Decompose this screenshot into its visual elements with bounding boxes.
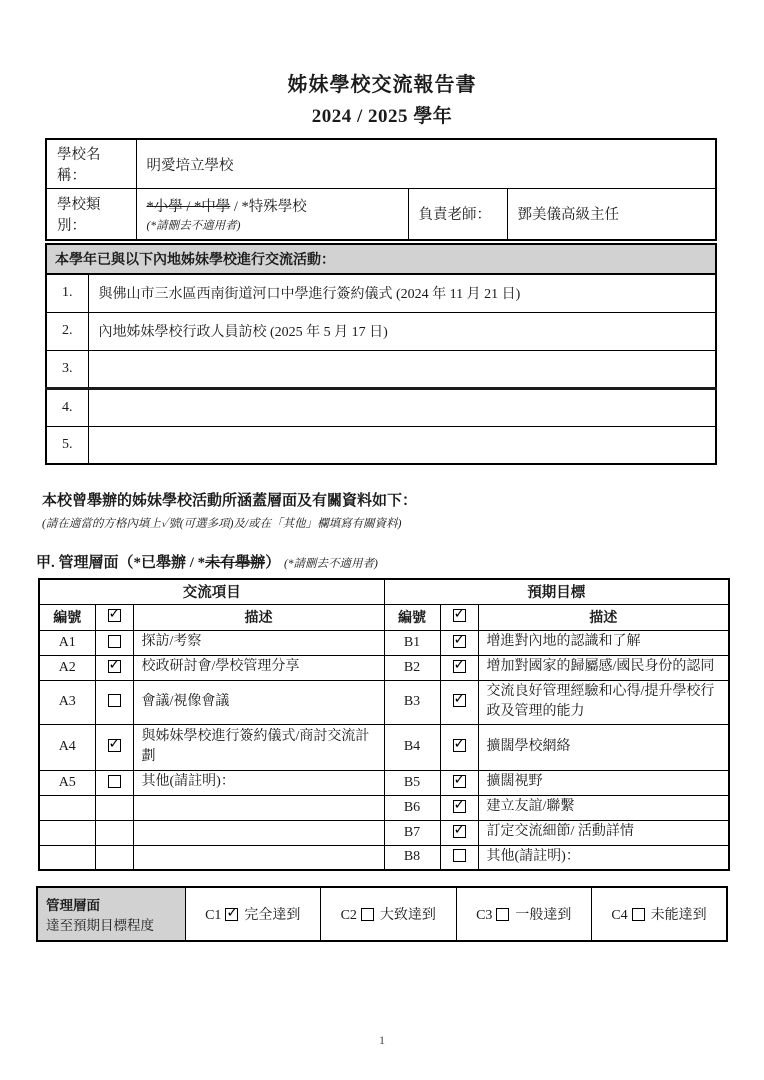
teacher-label: 負責老師： — [408, 189, 507, 240]
checkbox-icon[interactable] — [453, 739, 466, 752]
section-a-table: 交流項目 預期目標 編號 描述 編號 描述 A1 探訪/考察 B1 增進對內地的… — [38, 578, 730, 871]
empty-cell — [133, 795, 384, 820]
empty-cell — [39, 795, 95, 820]
table-row: B6 建立友誼/聯繫 — [39, 795, 729, 820]
activity-row: 1. 與佛山市三水區西南街道河口中學進行簽約儀式 (2024 年 11 月 21… — [46, 274, 716, 312]
item-desc: 建立友誼/聯繫 — [478, 795, 729, 820]
page-number: 1 — [0, 1033, 764, 1048]
table-row: A2 校政研討會/學校管理分享 B2 增加對國家的歸屬感/國民身份的認同 — [39, 655, 729, 680]
checkbox-icon[interactable] — [108, 635, 121, 648]
table-row: 管理層面 達至預期目標程度 C1完全達到 C2大致達到 C3一般達到 C4未能達… — [37, 887, 727, 941]
activity-text: 與佛山市三水區西南街道河口中學進行簽約儀式 (2024 年 11 月 21 日) — [88, 274, 716, 312]
activities-header: 本學年已與以下內地姊妹學校進行交流活動： — [46, 244, 716, 274]
checkbox-cell — [440, 680, 478, 724]
item-desc: 其他(請註明)： — [478, 845, 729, 870]
activity-number: 3. — [46, 350, 88, 388]
checkbox-cell — [95, 655, 133, 680]
table-row: A4 與姊妹學校進行簽約儀式/商討交流計劃 B4 擴闊學校網絡 — [39, 724, 729, 770]
empty-cell — [95, 820, 133, 845]
activity-text — [88, 388, 716, 426]
rating-text: 一般達到 — [515, 908, 571, 923]
col-header-desc: 描述 — [478, 604, 729, 630]
school-type-label: 學校類別： — [46, 189, 136, 240]
item-code: B5 — [384, 770, 440, 795]
empty-cell — [39, 820, 95, 845]
heading-post-text: ） — [265, 555, 280, 571]
item-desc: 交流良好管理經驗和心得/提升學校行政及管理的能力 — [478, 680, 729, 724]
col-header-code: 編號 — [39, 604, 95, 630]
table-row: A3 會議/視像會議 B3 交流良好管理經驗和心得/提升學校行政及管理的能力 — [39, 680, 729, 724]
empty-cell — [39, 845, 95, 870]
heading-note: (*請刪去不適用者) — [284, 558, 378, 570]
checkbox-icon[interactable] — [108, 739, 121, 752]
checkbox-cell — [440, 845, 478, 870]
item-code: A5 — [39, 770, 95, 795]
activity-text: 內地姊妹學校行政人員訪校 (2025 年 5 月 17 日) — [88, 312, 716, 350]
school-name-label: 學校名稱： — [46, 139, 136, 189]
item-desc: 與姊妹學校進行簽約儀式/商討交流計劃 — [133, 724, 384, 770]
intro-statement: 本校曾舉辦的姊妹學校活動所涵蓋層面及有關資料如下： — [42, 489, 417, 510]
activity-row: 2. 內地姊妹學校行政人員訪校 (2025 年 5 月 17 日) — [46, 312, 716, 350]
item-desc: 增加對國家的歸屬感/國民身份的認同 — [478, 655, 729, 680]
check-icon — [108, 609, 121, 622]
checkbox-cell — [440, 770, 478, 795]
heading-pre-text: 甲. 管理層面（*已舉辦 / * — [36, 555, 205, 571]
rating-text: 完全達到 — [244, 908, 300, 923]
empty-cell — [133, 845, 384, 870]
teacher-value: 鄧美儀高級主任 — [507, 189, 716, 240]
checkbox-icon[interactable] — [453, 800, 466, 813]
checkbox-icon[interactable] — [453, 849, 466, 862]
checkbox-icon[interactable] — [361, 908, 374, 921]
item-desc: 增進對內地的認識和了解 — [478, 630, 729, 655]
item-code: B8 — [384, 845, 440, 870]
school-type-struck-text: *小學 / *中學 — [147, 199, 231, 215]
rating-code: C3 — [476, 908, 492, 923]
checkbox-cell — [440, 795, 478, 820]
checkbox-icon[interactable] — [453, 660, 466, 673]
item-desc: 探訪/考察 — [133, 630, 384, 655]
item-code: B6 — [384, 795, 440, 820]
activity-number: 5. — [46, 426, 88, 464]
empty-cell — [95, 795, 133, 820]
checkbox-cell — [95, 770, 133, 795]
checkbox-cell — [440, 820, 478, 845]
rating-table: 管理層面 達至預期目標程度 C1完全達到 C2大致達到 C3一般達到 C4未能達… — [36, 886, 728, 942]
school-name-value: 明愛培立學校 — [136, 139, 716, 189]
item-code: A4 — [39, 724, 95, 770]
rating-text: 未能達到 — [651, 908, 707, 923]
rating-text: 大致達到 — [380, 908, 436, 923]
page-title: 姊妹學校交流報告書 — [0, 68, 764, 97]
item-code: A2 — [39, 655, 95, 680]
item-code: B7 — [384, 820, 440, 845]
activity-number: 1. — [46, 274, 88, 312]
table-row: 學校名稱： 明愛培立學校 — [46, 139, 716, 189]
table-row: 學校類別： *小學 / *中學 / *特殊學校 (*請刪去不適用者) 負責老師：… — [46, 189, 716, 240]
item-code: B1 — [384, 630, 440, 655]
school-type-value: *小學 / *中學 / *特殊學校 (*請刪去不適用者) — [136, 189, 408, 240]
item-desc: 擴闊視野 — [478, 770, 729, 795]
activity-number: 2. — [46, 312, 88, 350]
item-desc: 訂定交流細節/ 活動詳情 — [478, 820, 729, 845]
item-desc: 會議/視像會議 — [133, 680, 384, 724]
checkbox-icon[interactable] — [108, 775, 121, 788]
item-desc: 校政研討會/學校管理分享 — [133, 655, 384, 680]
activity-row: 5. — [46, 426, 716, 464]
activity-text — [88, 350, 716, 388]
checkbox-icon[interactable] — [225, 908, 238, 921]
activities-table: 本學年已與以下內地姊妹學校進行交流活動： 1. 與佛山市三水區西南街道河口中學進… — [45, 243, 717, 465]
school-info-table: 學校名稱： 明愛培立學校 學校類別： *小學 / *中學 / *特殊學校 (*請… — [45, 138, 717, 241]
delete-note: (*請刪去不適用者) — [147, 217, 398, 233]
rating-code: C2 — [341, 908, 357, 923]
item-desc: 其他(請註明)： — [133, 770, 384, 795]
checkbox-cell — [95, 630, 133, 655]
rating-label-cell: 管理層面 達至預期目標程度 — [37, 887, 185, 941]
check-icon — [453, 609, 466, 622]
checkbox-cell — [95, 680, 133, 724]
checkbox-icon[interactable] — [453, 635, 466, 648]
item-desc: 擴闊學校網絡 — [478, 724, 729, 770]
rating-code: C4 — [611, 908, 627, 923]
checkbox-cell — [440, 655, 478, 680]
item-code: B3 — [384, 680, 440, 724]
activity-row: 3. — [46, 350, 716, 388]
table-row: B8 其他(請註明)： — [39, 845, 729, 870]
checkbox-cell — [440, 724, 478, 770]
checkbox-icon[interactable] — [453, 775, 466, 788]
report-page: 姊妹學校交流報告書 2024 / 2025 學年 學校名稱： 明愛培立學校 學校… — [0, 0, 764, 1080]
table-row: A5 其他(請註明)： B5 擴闊視野 — [39, 770, 729, 795]
rating-option-c4: C4未能達到 — [592, 887, 728, 941]
rating-option-c1: C1完全達到 — [185, 887, 321, 941]
table-row: 本學年已與以下內地姊妹學校進行交流活動： — [46, 244, 716, 274]
section-a-heading: 甲. 管理層面（*已舉辦 / *未有舉辦） (*請刪去不適用者) — [36, 551, 378, 572]
activity-text — [88, 426, 716, 464]
table-row: 交流項目 預期目標 — [39, 579, 729, 604]
rating-option-c3: C3一般達到 — [456, 887, 592, 941]
heading-struck-text: 未有舉辦 — [205, 555, 265, 571]
item-code: A3 — [39, 680, 95, 724]
table-row: A1 探訪/考察 B1 增進對內地的認識和了解 — [39, 630, 729, 655]
col-header-check — [440, 604, 478, 630]
col-header-code: 編號 — [384, 604, 440, 630]
rating-label-title: 管理層面 — [46, 894, 177, 914]
col-header-desc: 描述 — [133, 604, 384, 630]
empty-cell — [133, 820, 384, 845]
checkbox-icon[interactable] — [108, 660, 121, 673]
table-row: B7 訂定交流細節/ 活動詳情 — [39, 820, 729, 845]
col-header-check — [95, 604, 133, 630]
item-code: A1 — [39, 630, 95, 655]
intro-instruction: (請在適當的方格內填上✓號(可選多項)及/或在「其他」欄填寫有關資料) — [42, 515, 417, 531]
page-subtitle: 2024 / 2025 學年 — [0, 101, 764, 128]
rating-code: C1 — [205, 908, 221, 923]
checkbox-cell — [95, 724, 133, 770]
empty-cell — [95, 845, 133, 870]
activity-number: 4. — [46, 388, 88, 426]
left-group-title: 交流項目 — [39, 579, 384, 604]
intro-block: 本校曾舉辦的姊妹學校活動所涵蓋層面及有關資料如下： (請在適當的方格內填上✓號(… — [42, 489, 417, 531]
right-group-title: 預期目標 — [384, 579, 729, 604]
checkbox-icon[interactable] — [453, 825, 466, 838]
rating-option-c2: C2大致達到 — [321, 887, 457, 941]
checkbox-cell — [440, 630, 478, 655]
activity-row: 4. — [46, 388, 716, 426]
title-block: 姊妹學校交流報告書 2024 / 2025 學年 — [0, 68, 764, 128]
checkbox-icon[interactable] — [632, 908, 645, 921]
school-type-rest-text: / *特殊學校 — [230, 199, 307, 215]
checkbox-icon[interactable] — [108, 694, 121, 707]
table-row: 編號 描述 編號 描述 — [39, 604, 729, 630]
rating-label-sub: 達至預期目標程度 — [46, 914, 177, 934]
checkbox-icon[interactable] — [453, 694, 466, 707]
item-code: B2 — [384, 655, 440, 680]
item-code: B4 — [384, 724, 440, 770]
checkbox-icon[interactable] — [496, 908, 509, 921]
